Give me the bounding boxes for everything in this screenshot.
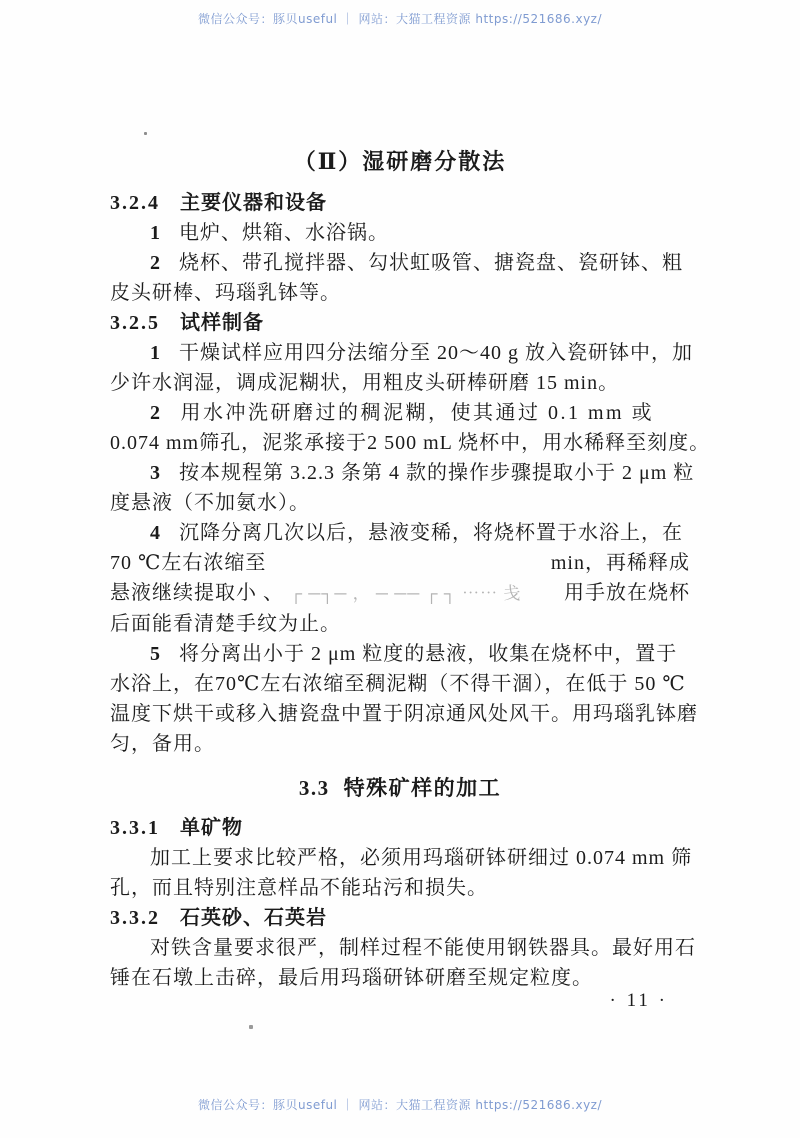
text-line-item: 5将分离出小于 2 μm 粒度的悬液，收集在烧杯中，置于: [110, 639, 690, 669]
text-line-cont: 匀，备用。: [110, 729, 690, 759]
text-line-section: 3.3.1单矿物: [110, 813, 690, 843]
text-line-section: 3.2.5试样制备: [110, 308, 690, 338]
text-line-cont: 孔，而且特别注意样品不能玷污和损失。: [110, 873, 690, 903]
text-line-cont: 水浴上，在70℃左右浓缩至稠泥糊（不得干涸），在低于 50 ℃: [110, 669, 690, 699]
text-line-cont: 皮头研棒、玛瑙乳钵等。: [110, 278, 690, 308]
text-line-obscured: 悬液继续提取小 、┌ ─┐─ ， ─ ── ┌ ┐ ⋯⋯ 戋用手放在烧杯: [110, 578, 690, 609]
page-number: · 11 ·: [610, 990, 668, 1012]
text-line-title: （Ⅱ）湿研磨分散法: [110, 146, 690, 178]
header-watermark: 微信公众号：豚贝useful ｜ 网站：大猫工程资源 https://52168…: [0, 10, 800, 27]
text-line-item: 2用水冲洗研磨过的稠泥糊，使其通过 0.1 mm 或: [110, 398, 690, 428]
faded-print-fragment: ┌ ─┐─ ， ─ ── ┌ ┐ ⋯⋯ 戋: [284, 579, 564, 609]
text-line-cont: 度悬液（不加氨水）。: [110, 488, 690, 518]
text-line-cont: 锤在石墩上击碎，最后用玛瑙研钵研磨至规定粒度。: [110, 963, 690, 993]
text-line-center: 3.3特殊矿样的加工: [110, 773, 690, 803]
text-line-item: 1电炉、烘箱、水浴锅。: [110, 218, 690, 248]
text-line-cont: 温度下烘干或移入搪瓷盘中置于阴凉通风处风干。用玛瑙乳钵磨: [110, 699, 690, 729]
scan-speck: [249, 1025, 253, 1029]
text-line-cont: 后面能看清楚手纹为止。: [110, 609, 690, 639]
text-line-para: 对铁含量要求很严，制样过程不能使用钢铁器具。最好用石: [110, 933, 690, 963]
footer-watermark: 微信公众号：豚贝useful ｜ 网站：大猫工程资源 https://52168…: [0, 1096, 800, 1113]
text-line-item: 2烧杯、带孔搅拌器、勾状虹吸管、搪瓷盘、瓷研钵、粗: [110, 248, 690, 278]
text-line-section: 3.2.4主要仪器和设备: [110, 188, 690, 218]
text-line-item: 1干燥试样应用四分法缩分至 20～40 g 放入瓷研钵中，加: [110, 338, 690, 368]
text-column: （Ⅱ）湿研磨分散法3.2.4主要仪器和设备1电炉、烘箱、水浴锅。2烧杯、带孔搅拌…: [110, 146, 690, 993]
scanned-document-page: 微信公众号：豚贝useful ｜ 网站：大猫工程资源 https://52168…: [0, 0, 800, 1138]
text-line-cont: 0.074 mm筛孔，泥浆承接于2 500 mL 烧杯中，用水稀释至刻度。: [110, 428, 690, 458]
text-line-item: 3按本规程第 3.2.3 条第 4 款的操作步骤提取小于 2 μm 粒: [110, 458, 690, 488]
text-line-para: 加工上要求比较严格，必须用玛瑙研钵研细过 0.074 mm 筛: [110, 843, 690, 873]
text-line-item: 4沉降分离几次以后，悬液变稀，将烧杯置于水浴上，在: [110, 518, 690, 548]
text-line-section: 3.3.2石英砂、石英岩: [110, 903, 690, 933]
text-line-cont: 少许水润湿，调成泥糊状，用粗皮头研棒研磨 15 min。: [110, 368, 690, 398]
text-line-split: 70 ℃左右浓缩至min，再稀释成: [110, 548, 690, 578]
scan-speck: [144, 132, 147, 135]
